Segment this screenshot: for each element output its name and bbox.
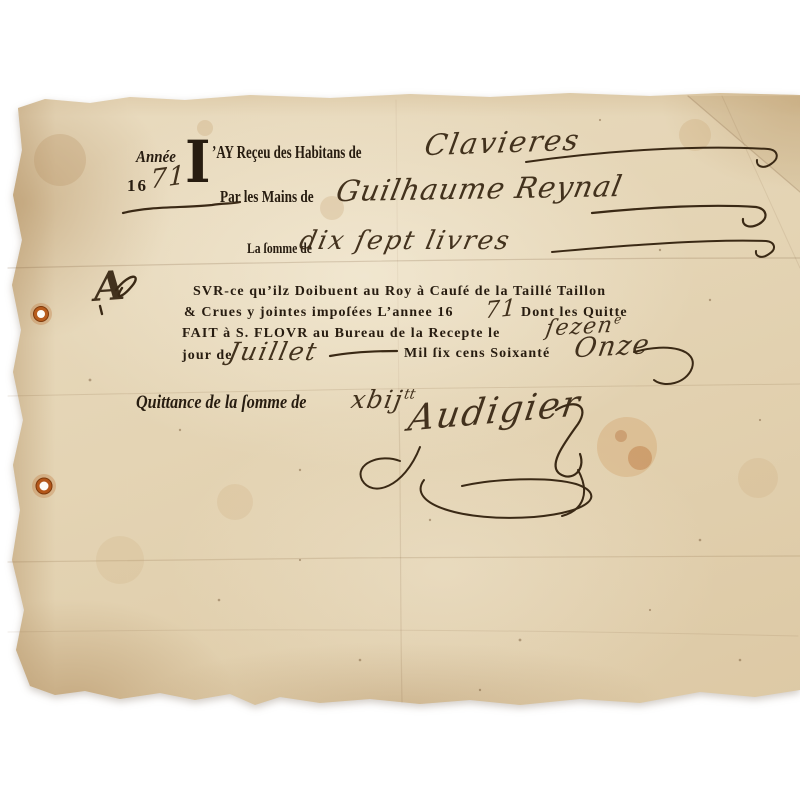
year-printed-16: 16: [127, 176, 148, 196]
body-line-2a: & Crues y jointes impoſées L’annee 16: [184, 305, 454, 321]
margin-monogram: A: [92, 262, 128, 311]
body-line-3: FAIT à S. FLOVR au Bureau de la Recepte …: [182, 326, 500, 342]
received-line-print: ’AY Reçeu des Habitans de: [212, 142, 362, 163]
body-line-4-handwritten-year-word: Onze: [572, 329, 653, 364]
body-line-4a: jour de: [182, 348, 233, 364]
body-line-2-handwritten-year: 71: [484, 295, 518, 325]
mains-line-print: Par les Mains de: [220, 187, 314, 207]
amount-roman-numeral: xbij: [349, 385, 406, 414]
body-line-1: SVR-ce qu’ilz Doibuent au Roy à Cauſé de…: [193, 284, 606, 300]
received-line-handwritten: Clavieres: [422, 123, 583, 163]
document-photo: Année 16 71 I ’AY Reçeu des Habitans de …: [0, 0, 800, 800]
mains-line-handwritten: Guilhaume Reynal: [333, 169, 625, 208]
body-line-4b: Mil ſix cens Soixanté: [404, 346, 550, 362]
drop-cap-initial: I: [185, 134, 211, 192]
somme-line-handwritten: dix ſept livres: [297, 226, 514, 256]
quittance-amount-handwritten: xbijtt: [349, 385, 417, 414]
year-handwritten-71: 71: [150, 160, 187, 195]
quittance-line-print: Quittance de la ſomme de: [136, 392, 306, 414]
body-line-4-handwritten-month: Juillet: [226, 337, 321, 366]
